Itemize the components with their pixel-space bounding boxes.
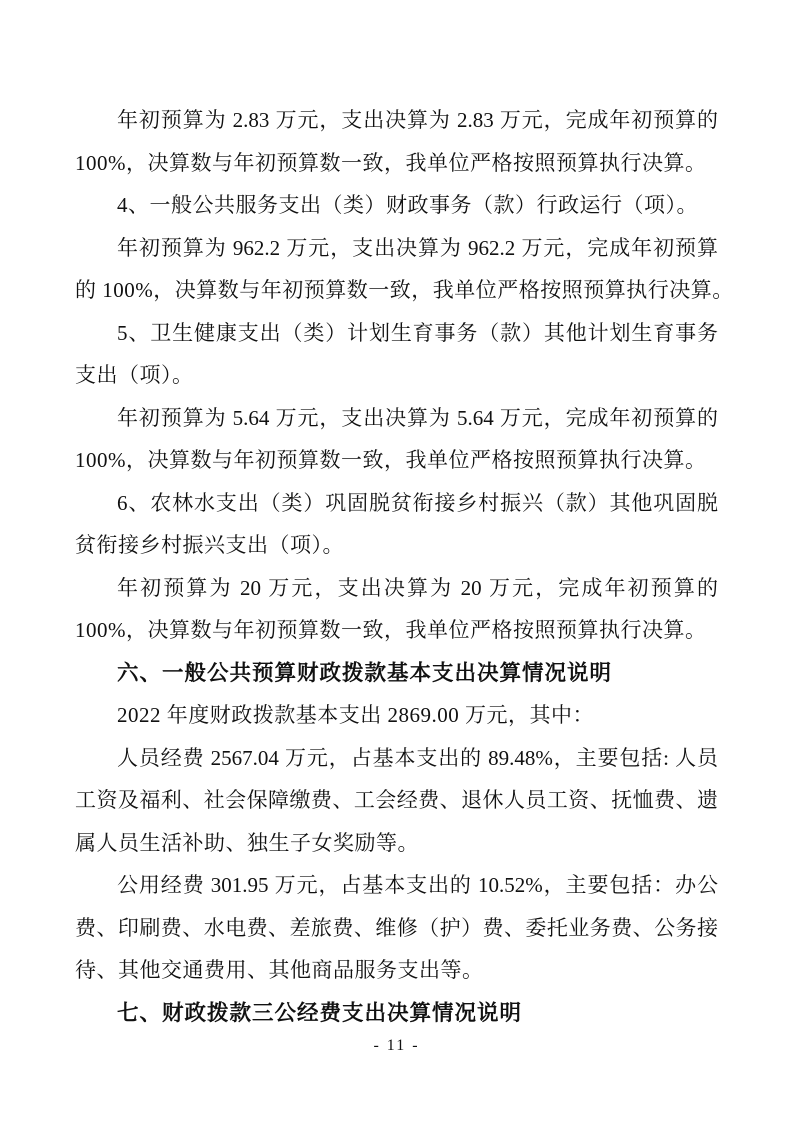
body-line: 年初预算为 20 万元，支出决算为 20 万元，完成年初预算的 bbox=[75, 567, 718, 610]
page-number: - 11 - bbox=[0, 1036, 793, 1056]
body-line: 属人员生活补助、独生子女奖励等。 bbox=[75, 822, 718, 865]
body-line: 年初预算为 2.83 万元，支出决算为 2.83 万元，完成年初预算的 bbox=[75, 99, 718, 142]
body-line: 6、农林水支出（类）巩固脱贫衔接乡村振兴（款）其他巩固脱 bbox=[75, 482, 718, 525]
body-line: 100%，决算数与年初预算数一致，我单位严格按照预算执行决算。 bbox=[75, 142, 718, 185]
body-line: 100%，决算数与年初预算数一致，我单位严格按照预算执行决算。 bbox=[75, 439, 718, 482]
body-line: 费、印刷费、水电费、差旅费、维修（护）费、委托业务费、公务接 bbox=[75, 907, 718, 950]
section-7-heading: 七、财政拨款三公经费支出决算情况说明 bbox=[75, 992, 718, 1035]
body-line: 工资及福利、社会保障缴费、工会经费、退休人员工资、抚恤费、遗 bbox=[75, 779, 718, 822]
body-line: 公用经费 301.95 万元，占基本支出的 10.52%，主要包括：办公 bbox=[75, 864, 718, 907]
body-line: 贫衔接乡村振兴支出（项）。 bbox=[75, 524, 718, 567]
body-line: 100%，决算数与年初预算数一致，我单位严格按照预算执行决算。 bbox=[75, 609, 718, 652]
body-line: 5、卫生健康支出（类）计划生育事务（款）其他计划生育事务 bbox=[75, 312, 718, 355]
document-page: 年初预算为 2.83 万元，支出决算为 2.83 万元，完成年初预算的 100%… bbox=[0, 0, 793, 1122]
section-6-heading: 六、一般公共预算财政拨款基本支出决算情况说明 bbox=[75, 652, 718, 695]
body-line: 的 100%，决算数与年初预算数一致，我单位严格按照预算执行决算。 bbox=[75, 269, 718, 312]
body-line: 4、一般公共服务支出（类）财政事务（款）行政运行（项）。 bbox=[75, 184, 718, 227]
document-body: 年初预算为 2.83 万元，支出决算为 2.83 万元，完成年初预算的 100%… bbox=[75, 99, 718, 1034]
body-line: 年初预算为 5.64 万元，支出决算为 5.64 万元，完成年初预算的 bbox=[75, 397, 718, 440]
body-line: 人员经费 2567.04 万元，占基本支出的 89.48%，主要包括: 人员 bbox=[75, 737, 718, 780]
body-line: 待、其他交通费用、其他商品服务支出等。 bbox=[75, 949, 718, 992]
body-line: 支出（项）。 bbox=[75, 354, 718, 397]
body-line: 2022 年度财政拨款基本支出 2869.00 万元，其中： bbox=[75, 694, 718, 737]
body-line: 年初预算为 962.2 万元，支出决算为 962.2 万元，完成年初预算 bbox=[75, 227, 718, 270]
